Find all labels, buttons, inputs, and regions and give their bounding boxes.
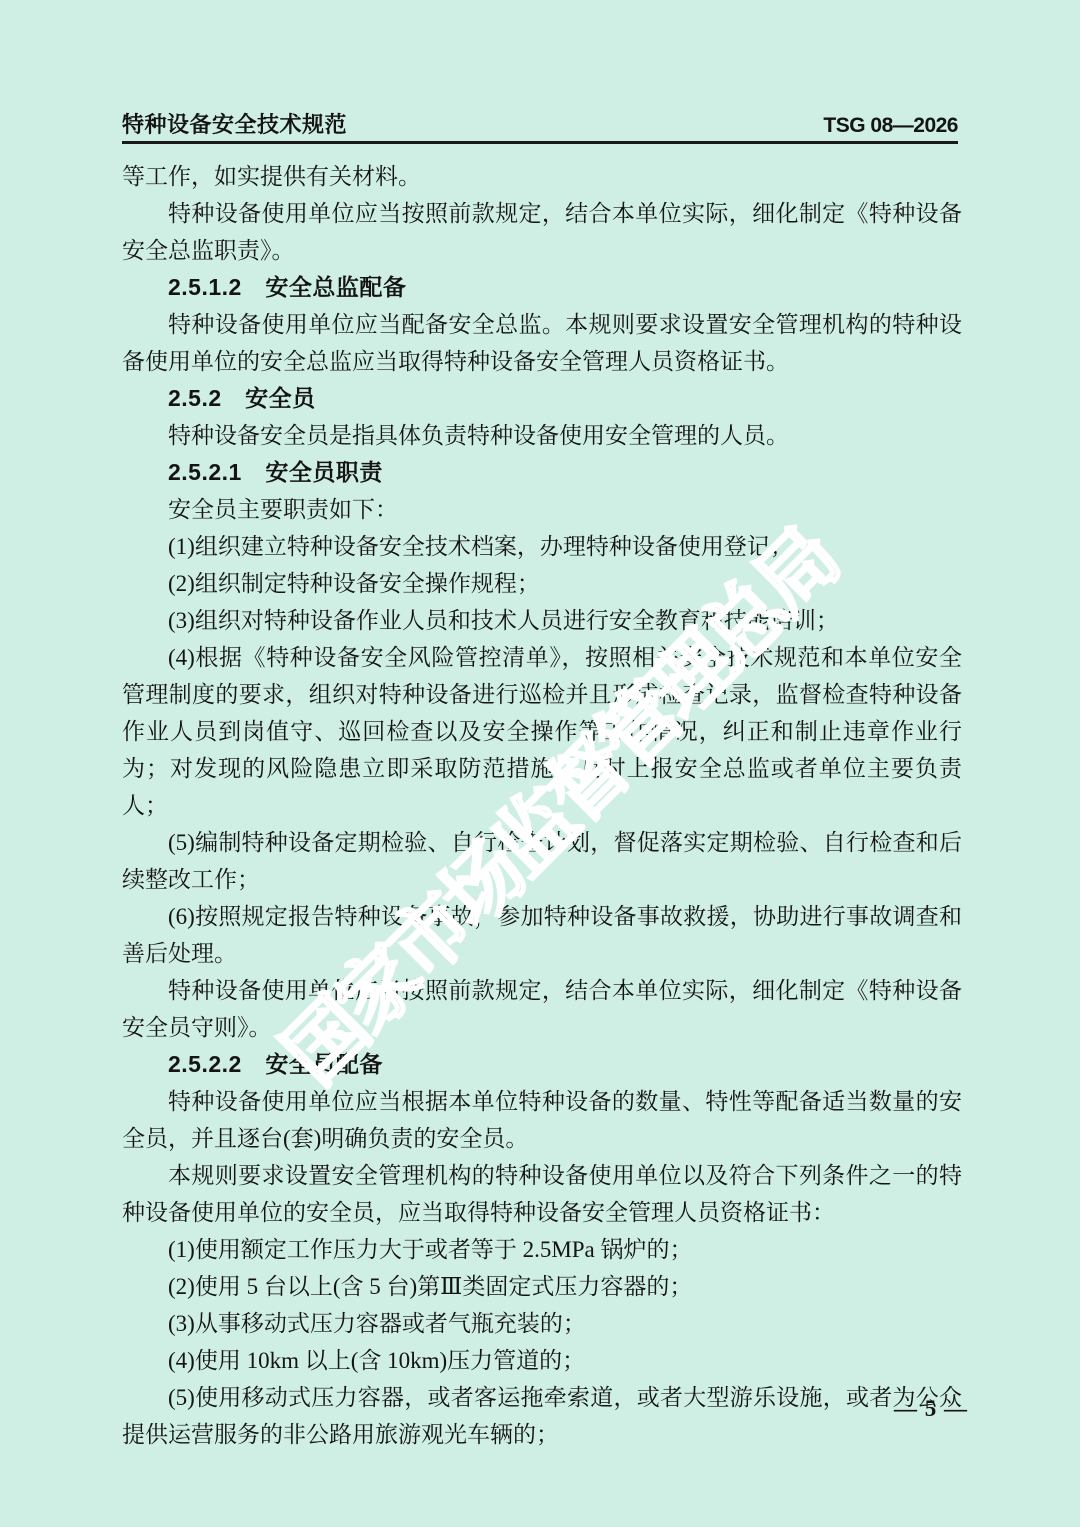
paragraph: 特种设备使用单位应当配备安全总监。本规则要求设置安全管理机构的特种设备使用单位的… xyxy=(122,306,962,380)
paragraph: (5)使用移动式压力容器，或者客运拖牵索道，或者大型游乐设施，或者为公众提供运营… xyxy=(122,1379,962,1453)
paragraph: (1)使用额定工作压力大于或者等于 2.5MPa 锅炉的； xyxy=(122,1231,962,1268)
section-heading: 2.5.2.2 安全员配备 xyxy=(122,1046,962,1083)
paragraph: (5)编制特种设备定期检验、自行检查计划，督促落实定期检验、自行检查和后续整改工… xyxy=(122,824,962,898)
section-heading: 2.5.2.1 安全员职责 xyxy=(122,454,962,491)
paragraph: (2)组织制定特种设备安全操作规程； xyxy=(122,565,962,602)
paragraph: (3)组织对特种设备作业人员和技术人员进行安全教育和技能培训； xyxy=(122,602,962,639)
paragraph: (2)使用 5 台以上(含 5 台)第Ⅲ类固定式压力容器的； xyxy=(122,1268,962,1305)
paragraph: 特种设备使用单位应当按照前款规定，结合本单位实际，细化制定《特种设备安全员守则》… xyxy=(122,972,962,1046)
document-page: 特种设备安全技术规范 TSG 08—2026 等工作，如实提供有关材料。特种设备… xyxy=(0,0,1080,1527)
page-header: 特种设备安全技术规范 TSG 08—2026 xyxy=(122,108,958,139)
section-heading: 2.5.2 安全员 xyxy=(122,380,962,417)
paragraph: 特种设备使用单位应当根据本单位特种设备的数量、特性等配备适当数量的安全员，并且逐… xyxy=(122,1083,962,1157)
paragraph: (6)按照规定报告特种设备事故，参加特种设备事故救援，协助进行事故调查和善后处理… xyxy=(122,898,962,972)
header-document-title: 特种设备安全技术规范 xyxy=(122,108,347,139)
paragraph: (1)组织建立特种设备安全技术档案，办理特种设备使用登记； xyxy=(122,528,962,565)
paragraph: (4)使用 10km 以上(含 10km)压力管道的； xyxy=(122,1342,962,1379)
paragraph: 安全员主要职责如下： xyxy=(122,491,962,528)
document-body: 等工作，如实提供有关材料。特种设备使用单位应当按照前款规定，结合本单位实际，细化… xyxy=(122,158,962,1453)
paragraph: (4)根据《特种设备安全风险管控清单》，按照相关安全技术规范和本单位安全管理制度… xyxy=(122,639,962,824)
paragraph: 特种设备使用单位应当按照前款规定，结合本单位实际，细化制定《特种设备安全总监职责… xyxy=(122,195,962,269)
paragraph: (3)从事移动式压力容器或者气瓶充装的； xyxy=(122,1305,962,1342)
paragraph: 特种设备安全员是指具体负责特种设备使用安全管理的人员。 xyxy=(122,417,962,454)
header-document-code: TSG 08—2026 xyxy=(823,114,958,138)
page-footer: — 5 — xyxy=(894,1396,968,1422)
page-number: — 5 — xyxy=(894,1396,968,1421)
paragraph: 等工作，如实提供有关材料。 xyxy=(122,158,962,195)
header-rule xyxy=(122,141,958,144)
paragraph: 本规则要求设置安全管理机构的特种设备使用单位以及符合下列条件之一的特种设备使用单… xyxy=(122,1157,962,1231)
section-heading: 2.5.1.2 安全总监配备 xyxy=(122,269,962,306)
